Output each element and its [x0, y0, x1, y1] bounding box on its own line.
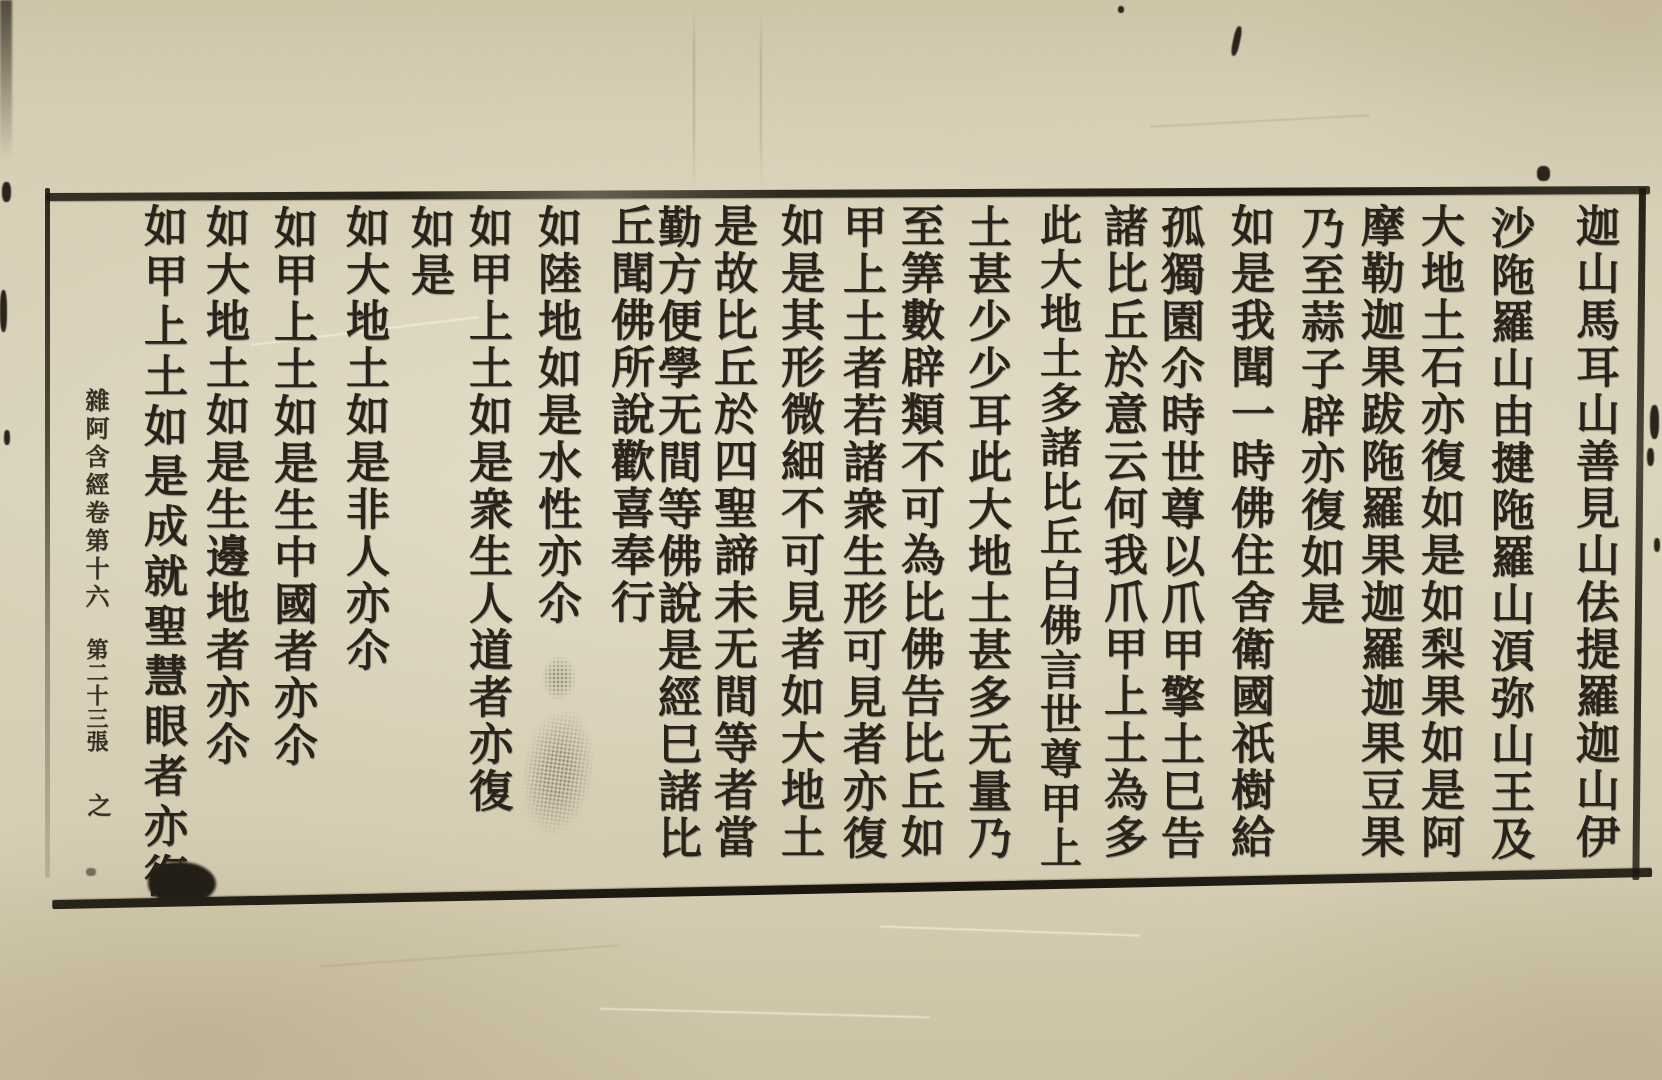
frame-border-right — [1632, 188, 1646, 880]
paper-speck — [86, 868, 96, 876]
text-column-12: 甲上土者若諸衆生形可見者亦復 — [830, 204, 890, 862]
text-column-14: 是故比丘於四聖諦未无間等者當 — [701, 203, 761, 861]
paper-speck — [1647, 448, 1654, 466]
text-column-19: 如是 — [398, 205, 458, 299]
frame-border-bottom — [52, 868, 1652, 909]
frame-border-left — [45, 188, 50, 878]
ink-smudge — [536, 648, 582, 708]
paper-fiber — [1150, 114, 1370, 128]
paper-edge-shadow-left — [0, 0, 12, 160]
text-column-13: 如是其形微細不可見者如大地土 — [768, 203, 828, 861]
text-column-20: 如大地土如是非人亦尒 — [333, 204, 393, 674]
text-column-05: 乃至蒜子辟亦復如是 — [1288, 205, 1348, 628]
text-column-17: 如陸地如是水性亦尒 — [525, 204, 585, 627]
colophon-scroll-title: 雜阿含經卷第十六 — [77, 388, 111, 612]
paper-speck — [4, 430, 10, 445]
manuscript-page: 迦山馬耳山善見山佉提羅迦山伊 沙陁羅山由揵陁羅山湏弥山王及 大地土石亦復如是如梨… — [0, 0, 1662, 1080]
paper-crease — [693, 0, 695, 190]
text-column-04: 摩勒迦果跋陁羅果迦羅迦果豆果 — [1348, 203, 1408, 861]
paper-speck — [1537, 166, 1550, 181]
text-column-08: 諸比丘於意云何我爪甲上土為多 — [1091, 203, 1151, 861]
paper-speck — [1118, 6, 1124, 13]
text-column-16: 丘聞佛所說歡喜奉行 — [598, 203, 658, 626]
paper-fiber — [600, 1008, 930, 1019]
text-column-18: 如甲上土如是衆生人道者亦復 — [456, 204, 516, 815]
text-column-07: 孤獨園尒時世尊以爪甲擎土巳告 — [1148, 204, 1208, 862]
colophon-end-mark: 之 — [79, 793, 113, 821]
frame-border-top — [46, 186, 1650, 201]
paper-crease — [760, 10, 762, 185]
paper-speck — [2, 182, 11, 202]
text-column-03: 大地土石亦復如是如梨果如是阿 — [1408, 203, 1468, 861]
paper-speck — [0, 290, 7, 332]
paper-speck — [1654, 538, 1660, 552]
text-column-10: 土甚少少耳此大地土甚多无量乃 — [955, 204, 1015, 862]
text-column-01: 迦山馬耳山善見山佉提羅迦山伊 — [1563, 203, 1623, 861]
paper-fiber — [880, 925, 1140, 936]
text-column-09: 此大地土多諸比丘白佛言世尊甲上 — [1027, 203, 1087, 871]
colophon-sheet-number: 第二十三張 — [79, 638, 113, 753]
text-column-02: 沙陁羅山由揵陁羅山湏弥山王及 — [1478, 205, 1538, 863]
ink-smudge — [501, 684, 615, 860]
paper-fiber — [320, 945, 619, 968]
text-column-11: 至筭數辟類不可為比佛告比丘如 — [888, 203, 948, 861]
text-column-06: 如是我聞一時佛住舍衛國祇樹給 — [1218, 203, 1278, 861]
paper-speck — [1230, 26, 1243, 57]
paper-speck — [1650, 405, 1659, 439]
text-column-21: 如甲上土如是生中國者亦尒 — [261, 205, 321, 769]
text-column-22: 如大地土如是生邊地者亦尒 — [193, 204, 253, 768]
text-column-23: 如甲上土如是成就聖慧眼者亦復 — [131, 203, 191, 903]
